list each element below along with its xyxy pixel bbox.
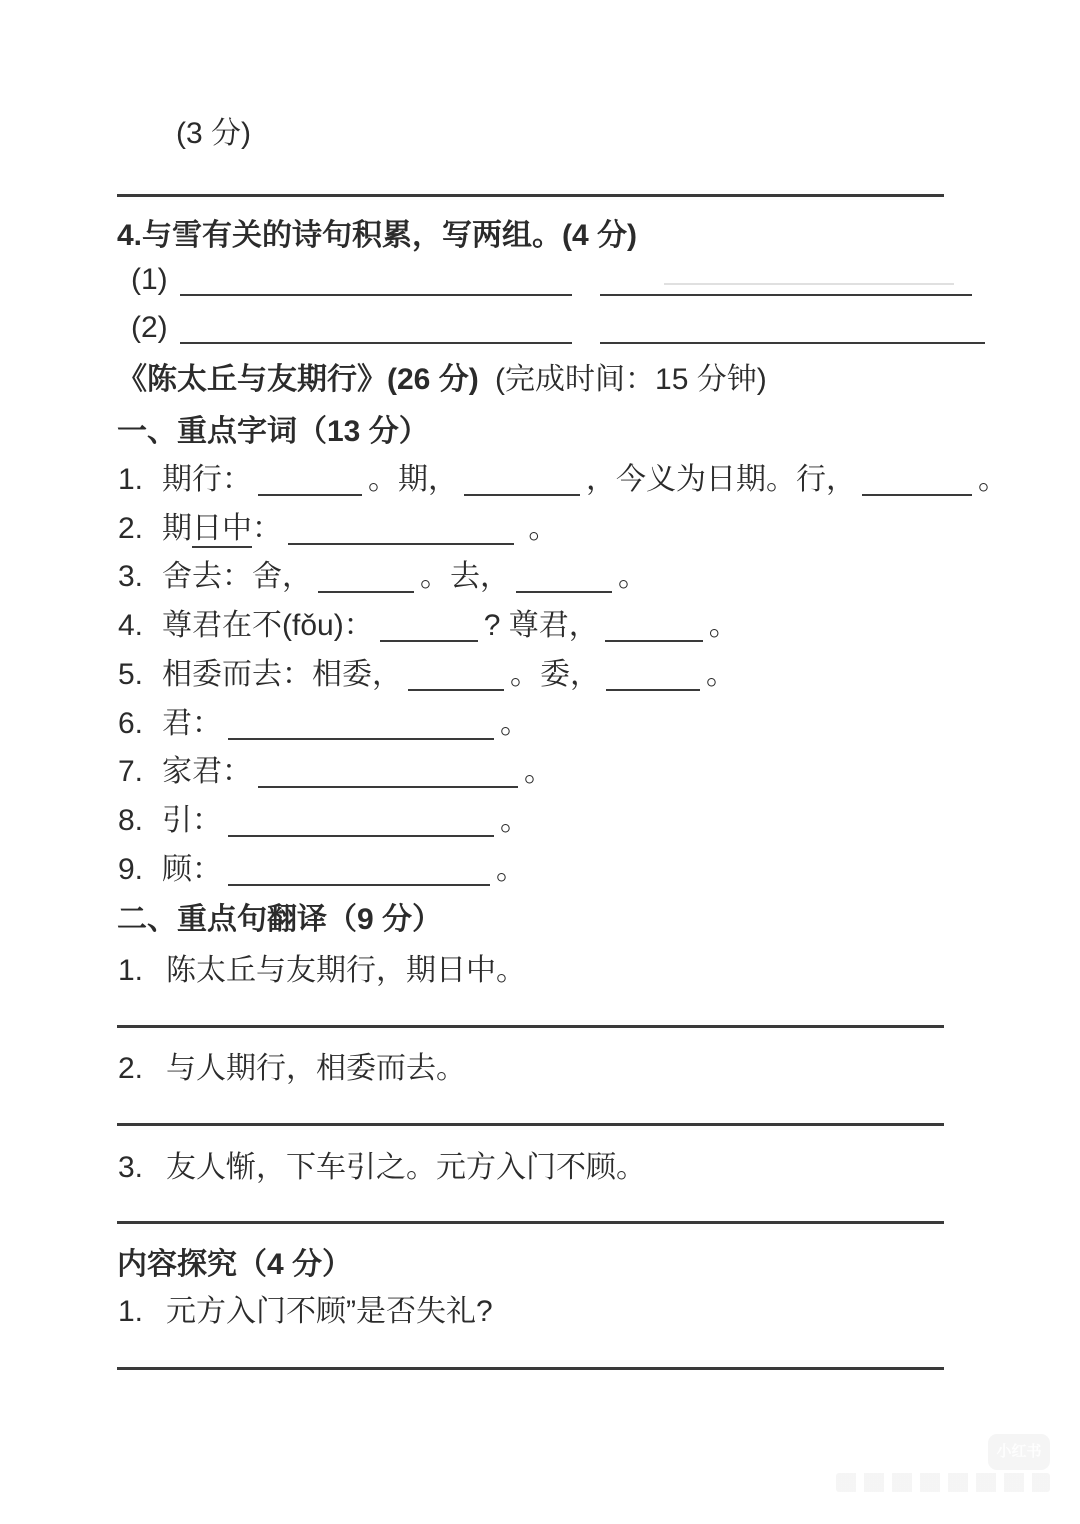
word-item: 6.君：。: [118, 706, 530, 742]
item-text: 尊君在不(fǒu)：: [162, 609, 374, 642]
item-number: 3.: [118, 1150, 166, 1186]
blank-line: [228, 708, 494, 740]
item-number: 1.: [118, 953, 166, 989]
explore-item: 1.元方入门不顾”是否失礼?: [118, 1294, 493, 1330]
passage-title-text: 《陈太丘与友期行》(26 分): [117, 363, 479, 396]
blank-line: [600, 264, 972, 296]
blank-line: [288, 513, 514, 545]
section-translation-heading: 二、重点句翻译（9 分）: [117, 902, 442, 938]
blank-line: [606, 659, 700, 691]
item-text: 。: [496, 853, 526, 886]
word-item: 5.相委而去：相委，。委，。: [118, 657, 736, 693]
item-text: 相委而去：相委，: [162, 658, 402, 691]
answer-line: [117, 1025, 944, 1028]
item-text: 。: [500, 804, 530, 837]
blank-line: [464, 464, 580, 496]
question4-prompt: 4.与雪有关的诗句积累，写两组。(4 分): [117, 218, 637, 254]
item-text: 期行：: [162, 463, 252, 496]
item-body: 相委而去：相委，。委，。: [162, 657, 736, 693]
word-item: 9.顾：。: [118, 852, 526, 888]
blank-line: [228, 805, 494, 837]
item-number: 6.: [118, 706, 162, 742]
blank-line: [318, 561, 414, 593]
blank-line: [258, 756, 518, 788]
translation-item: 1.陈太丘与友期行，期日中。: [118, 953, 526, 989]
translation-item: 2.与人期行，相委而去。: [118, 1051, 466, 1087]
item-text: 。: [500, 707, 530, 740]
blank-line: [408, 659, 504, 691]
faint-line-artifact: [664, 283, 954, 285]
item-text: 家君：: [162, 755, 252, 788]
item-body: 舍去：舍，。去，。: [162, 559, 648, 595]
question4-answer-row: (1): [131, 262, 972, 298]
blank-line: [605, 610, 703, 642]
item-text: ? 尊君，: [484, 609, 599, 642]
blank-line: [380, 610, 478, 642]
answer-line: [117, 1123, 944, 1126]
item-text: 舍去：舍，: [162, 560, 312, 593]
xiaohongshu-logo-watermark: 小红书: [988, 1434, 1050, 1470]
blank-line: [180, 312, 572, 344]
item-number: 8.: [118, 803, 162, 839]
item-number: 4.: [118, 608, 162, 644]
score-note: (3 分): [176, 116, 251, 152]
item-text: 期: [162, 512, 192, 545]
item-body: 顾：。: [162, 852, 526, 888]
item-body: 尊君在不(fǒu)：? 尊君，。: [162, 608, 739, 644]
translation-item: 3.友人惭，下车引之。元方入门不顾。: [118, 1150, 646, 1186]
blank-line: [862, 464, 972, 496]
item-body: 引：。: [162, 803, 530, 839]
answer-row-label: (1): [131, 262, 168, 298]
word-item: 4.尊君在不(fǒu)：? 尊君，。: [118, 608, 739, 644]
item-number: 1.: [118, 1294, 166, 1330]
word-item: 2.期日中： 。: [118, 511, 558, 547]
worksheet-page: (3 分) 4.与雪有关的诗句积累，写两组。(4 分) (1)(2) 《陈太丘与…: [0, 0, 1080, 1524]
item-body: 期行：。期，，今义为日期。行，。: [162, 462, 1008, 498]
answer-line: [117, 1367, 944, 1370]
item-number: 7.: [118, 754, 162, 790]
passage-time-note: (完成时间：15 分钟): [495, 363, 767, 396]
item-text: 。去，: [420, 560, 510, 593]
item-text: 。委，: [510, 658, 600, 691]
item-text: 。: [706, 658, 736, 691]
answer-line: [117, 1221, 944, 1224]
item-text: 。: [524, 755, 554, 788]
item-text: 引：: [162, 804, 222, 837]
item-text: 日中: [192, 512, 252, 548]
passage-title: 《陈太丘与友期行》(26 分) (完成时间：15 分钟): [117, 362, 767, 398]
section-words-heading: 一、重点字词（13 分）: [117, 414, 429, 450]
item-text: 。: [709, 609, 739, 642]
sentence-text: 友人惭，下车引之。元方入门不顾。: [166, 1150, 646, 1186]
section-explore-heading: 内容探究（4 分）: [117, 1247, 352, 1283]
answer-line: [117, 194, 944, 197]
sentence-text: 元方入门不顾”是否失礼?: [166, 1294, 493, 1330]
item-text: ：: [252, 512, 282, 545]
watermark-id-text: [836, 1473, 1050, 1492]
sentence-text: 陈太丘与友期行，期日中。: [166, 953, 526, 989]
question4-answer-row: (2): [131, 310, 985, 346]
blank-line: [258, 464, 362, 496]
word-item: 7.家君：。: [118, 754, 554, 790]
item-text: 。: [978, 463, 1008, 496]
item-number: 3.: [118, 559, 162, 595]
item-number: 1.: [118, 462, 162, 498]
item-text: 。: [618, 560, 648, 593]
blank-line: [600, 312, 985, 344]
blank-line: [516, 561, 612, 593]
item-body: 期日中： 。: [162, 511, 558, 547]
item-text: ，今义为日期。行，: [586, 463, 856, 496]
item-number: 9.: [118, 852, 162, 888]
item-body: 家君：。: [162, 754, 554, 790]
item-text: 。: [520, 512, 558, 545]
item-number: 2.: [118, 511, 162, 547]
word-item: 3.舍去：舍，。去，。: [118, 559, 648, 595]
item-number: 2.: [118, 1051, 166, 1087]
item-number: 5.: [118, 657, 162, 693]
blank-line: [180, 264, 572, 296]
item-text: 君：: [162, 707, 222, 740]
item-body: 君：。: [162, 706, 530, 742]
answer-row-label: (2): [131, 310, 168, 346]
item-text: 顾：: [162, 853, 222, 886]
word-item: 8.引：。: [118, 803, 530, 839]
blank-line: [228, 854, 490, 886]
watermark-brand-text: 小红书: [996, 1443, 1041, 1461]
word-item: 1.期行：。期，，今义为日期。行，。: [118, 462, 1008, 498]
item-text: 。期，: [368, 463, 458, 496]
sentence-text: 与人期行，相委而去。: [166, 1051, 466, 1087]
